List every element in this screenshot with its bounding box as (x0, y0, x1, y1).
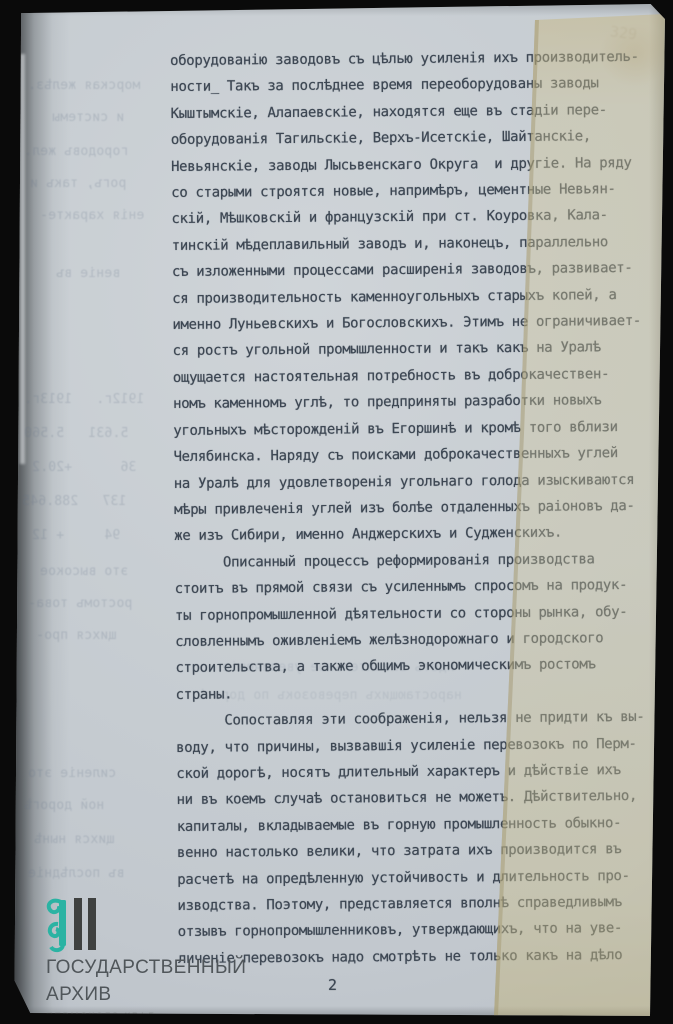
bleedthrough-numbers: 94 + 12 (32, 528, 120, 543)
bleedthrough-numbers: 36 +20.2 (32, 460, 136, 475)
bleedthrough-text: щихся про- (36, 628, 116, 643)
archive-logo-icon (44, 896, 104, 954)
scanned-document-canvas: морская желѣз. и системы городовъ жел. р… (0, 0, 673, 1024)
bleedthrough-text: морская желѣз. (28, 78, 140, 93)
bleedthrough-text: щихся нынѣ (34, 832, 114, 847)
top-edge-shade (12, 4, 665, 16)
bleedthrough-numbers: 137 288.645 (22, 494, 126, 509)
bleedthrough-numbers: 1912г. 1913г. (24, 392, 144, 407)
watermark-title-line1: ГОСУДАРСТВЕННЫЙ (46, 954, 246, 981)
bleedthrough-text: рогъ, такъ и (30, 176, 126, 191)
bleedthrough-text: веніе въ (56, 266, 120, 281)
bleedthrough-text: ростомъ това- (28, 596, 132, 611)
bleedthrough-numbers: 5.631 5.560 (24, 426, 128, 441)
bleedthrough-text: силеніе это (28, 766, 116, 781)
watermark-title-line2: АРХИВ (46, 981, 246, 1008)
bleedthrough-text: городовъ жел. (24, 144, 128, 159)
bleedthrough-text: это высокое (40, 564, 128, 579)
bleedthrough-text: енія характе- (40, 208, 144, 223)
bleedthrough-text: ной дорогѣ (24, 798, 104, 813)
watermark-subtitle: ПЕРМСКОГО КРАЯ (46, 1011, 246, 1022)
archive-watermark: ГОСУДАРСТВЕННЫЙ АРХИВ ПЕРМСКОГО КРАЯ (32, 896, 246, 1022)
document-page: морская желѣз. и системы городовъ жел. р… (12, 4, 665, 1016)
page-number: 2 (328, 976, 337, 994)
bleedthrough-text: въ послѣдніе (28, 866, 124, 881)
bleedthrough-text: и системы (52, 110, 124, 125)
